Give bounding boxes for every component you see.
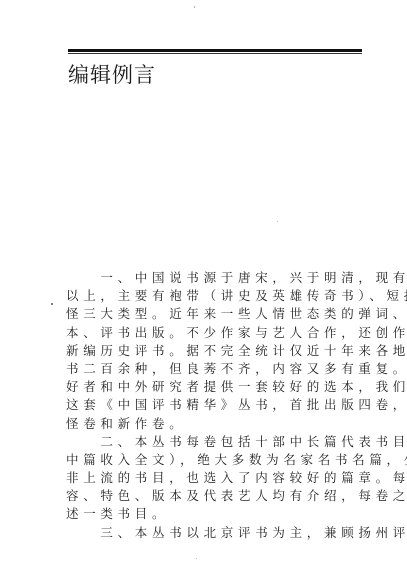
scan-speck	[51, 303, 53, 305]
text-line: 容、特色、版本及代表艺人均有介绍，每卷之前由主编者作序，评	[66, 487, 362, 505]
text-line: 怪三大类型。近年来一些人情世态类的弹词、鼓书也被改编成话	[66, 305, 362, 323]
text-line: 二、本丛书每卷包括十部中长篇代表书目的优秀选段（少数	[66, 433, 362, 451]
header-rule-thick	[68, 49, 362, 52]
text-line: 非上流的书目，也选入了内容较好的篇章。每篇之前对其书内	[66, 469, 362, 487]
page-title: 编辑例言	[68, 62, 156, 88]
text-line: 书二百余种，但良莠不齐，内容又多有重复。为了给广大评书爱	[66, 360, 362, 378]
text-line: 好者和中外研究者提供一套较好的选本，我们组织专家编选了	[66, 378, 362, 396]
scan-speck	[196, 558, 197, 559]
document-page: 编辑例言 一、中国说书源于唐宋，兴于明清，现有传统评书、话本百种 以上，主要有袍…	[0, 0, 407, 582]
text-line: 这套《中国评书精华》丛书，首批出版四卷，即讲史卷、侠义卷、神	[66, 396, 362, 414]
text-line: 本、评书出版。不少作家与艺人合作，还创作了一批现代评书及	[66, 324, 362, 342]
text-line: 一、中国说书源于唐宋，兴于明清，现有传统评书、话本百种	[66, 269, 362, 287]
text-line: 怪卷和新作卷。	[66, 415, 362, 433]
text-line: 述一类书目。	[66, 505, 362, 523]
text-line: 新编历史评书。据不完全统计仅近十年来各地就出版了古今评	[66, 342, 362, 360]
body-text: 一、中国说书源于唐宋，兴于明清，现有传统评书、话本百种 以上，主要有袍带（讲史及…	[66, 269, 362, 542]
text-line: 三、本丛书以北京评书为主，兼顾扬州评话、苏州评话和湖	[66, 524, 362, 542]
text-line: 中篇收入全文），绝大多数为名家名书名篇，少数影响较大但并	[66, 451, 362, 469]
scan-speck	[194, 6, 195, 8]
text-line: 以上，主要有袍带（讲史及英雄传奇书）、短打（公案侠义书）、神	[66, 287, 362, 305]
header-rule-thin	[68, 53, 362, 54]
scan-speck	[277, 221, 278, 222]
